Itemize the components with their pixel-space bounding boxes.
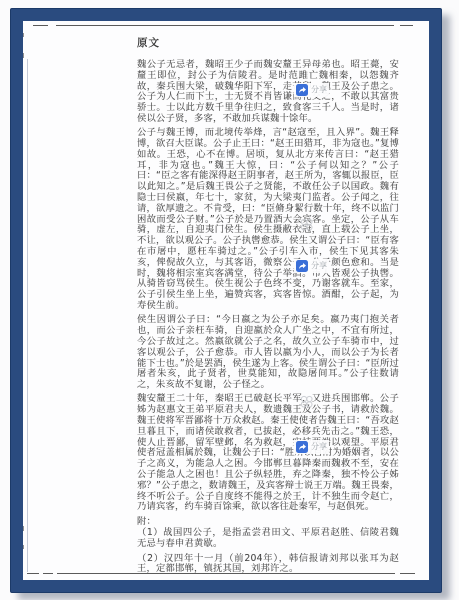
left-margin-rule [27, 59, 28, 572]
share-icon [296, 84, 308, 96]
bottom-rule-end-dash [400, 573, 415, 574]
scan-tick-mark [23, 53, 24, 58]
scan-tick-mark [23, 545, 24, 549]
bottom-rule-dash [27, 573, 39, 574]
four-dots-icon [300, 395, 313, 408]
bottom-rule-dash [43, 573, 53, 574]
document-body: 原文 魏公子无忌者，魏昭王少子而魏安釐王异母弟也。昭王薨，安釐王即位，封公子为信… [137, 35, 399, 579]
share-button[interactable]: 分享 [294, 259, 329, 273]
appendix-item: （1）战国四公子，是指孟尝君田文、平原君赵胜、信陵君魏无忌与春申君黄歇。 [137, 528, 399, 550]
appendix-item: （2）汉四年十一月（前204年），韩信报请刘邦以张耳为赵王，定都邯郸，镇抚其国，… [137, 554, 399, 576]
appendix-label: 附： [137, 517, 399, 528]
paragraph: 公子与魏王博，而北境传举烽，言“赵寇至，且入界”。魏王释博，欲召大臣谋。公子止王… [137, 128, 399, 312]
document-page: 原文 魏公子无忌者，魏昭王少子而魏安釐王异母弟也。昭王薨，安釐王即位，封公子为信… [23, 21, 429, 580]
document-frame: 原文 魏公子无忌者，魏昭王少子而魏安釐王异母弟也。昭王薨，安釐王即位，封公子为信… [10, 8, 442, 593]
paragraph: 魏公子无忌者，魏昭王少子而魏安釐王异母弟也。昭王薨，安釐王即位，封公子为信陵君。… [137, 60, 399, 125]
bottom-rule [57, 573, 395, 574]
scan-tick-mark [23, 33, 24, 37]
share-icon [296, 441, 308, 453]
top-rule-end-dash [400, 25, 413, 26]
share-label: 分享 [311, 442, 327, 452]
paragraph: 魏安釐王二十年，秦昭王已破赵长平军，又进兵围邯郸。公子姊为赵惠文王弟平原君夫人，… [137, 394, 399, 513]
share-icon [296, 260, 308, 272]
share-label: 分享 [311, 261, 327, 271]
top-rule [56, 25, 394, 26]
page-title: 原文 [137, 35, 399, 50]
share-button[interactable]: 分享 [294, 83, 329, 97]
scan-tick-mark [23, 526, 24, 531]
top-rule-dash [33, 25, 48, 26]
four-dots-icon [300, 218, 313, 231]
share-label: 分享 [311, 85, 327, 95]
share-button[interactable]: 分享 [294, 440, 329, 454]
paragraph: 侯生因谓公子曰：“今日嬴之为公子亦足矣。嬴乃夷门抱关者也，而公子亲枉车骑，自迎嬴… [137, 315, 399, 391]
